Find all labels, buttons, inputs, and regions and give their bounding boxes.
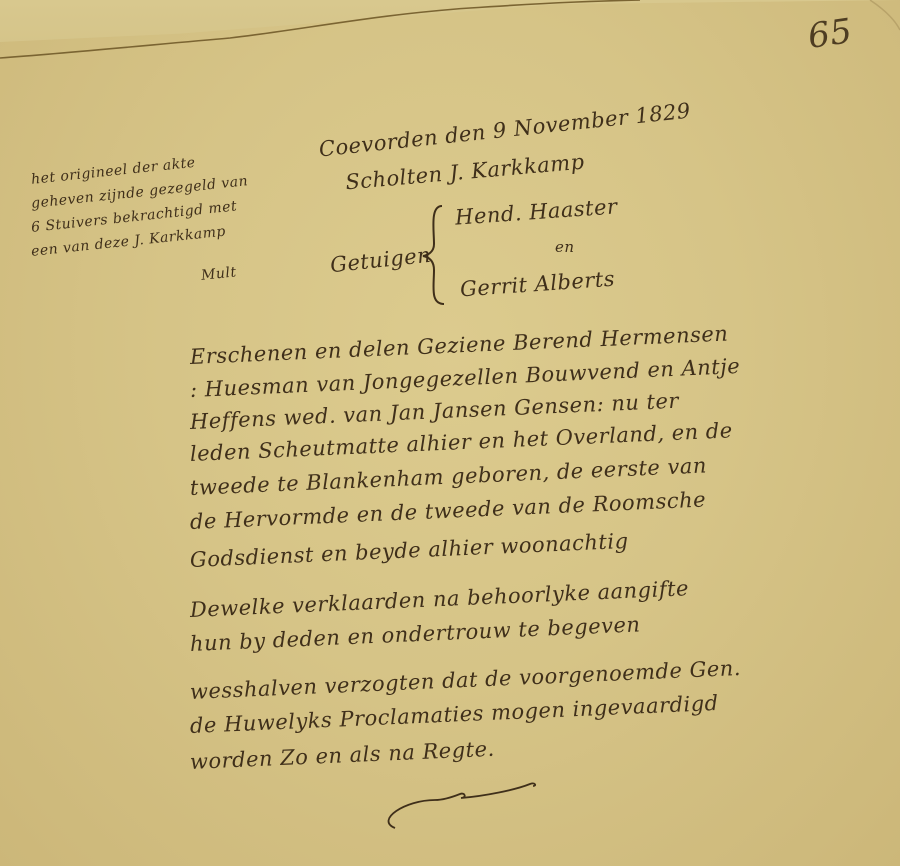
body-line: worden Zo en als na Regte. xyxy=(189,737,495,774)
date-line: Coevorden den 9 November 1829 xyxy=(318,99,692,162)
body-line: Godsdienst en beyde alhier woonachtig xyxy=(189,529,628,572)
witness-conjunction: en xyxy=(555,238,575,256)
page-fold-edge xyxy=(0,0,900,80)
witness-brace xyxy=(420,200,450,310)
witness-1: Hend. Haaster xyxy=(454,194,618,229)
page-number: 65 xyxy=(805,11,854,57)
witness-2: Gerrit Alberts xyxy=(459,267,615,302)
margin-note: het origineel der akte geheven zijnde ge… xyxy=(30,168,248,288)
signature-flourish-icon xyxy=(375,780,555,840)
official-line: Scholten J. Karkkamp xyxy=(344,150,585,195)
document-page: 65 het origineel der akte geheven zijnde… xyxy=(0,0,900,866)
